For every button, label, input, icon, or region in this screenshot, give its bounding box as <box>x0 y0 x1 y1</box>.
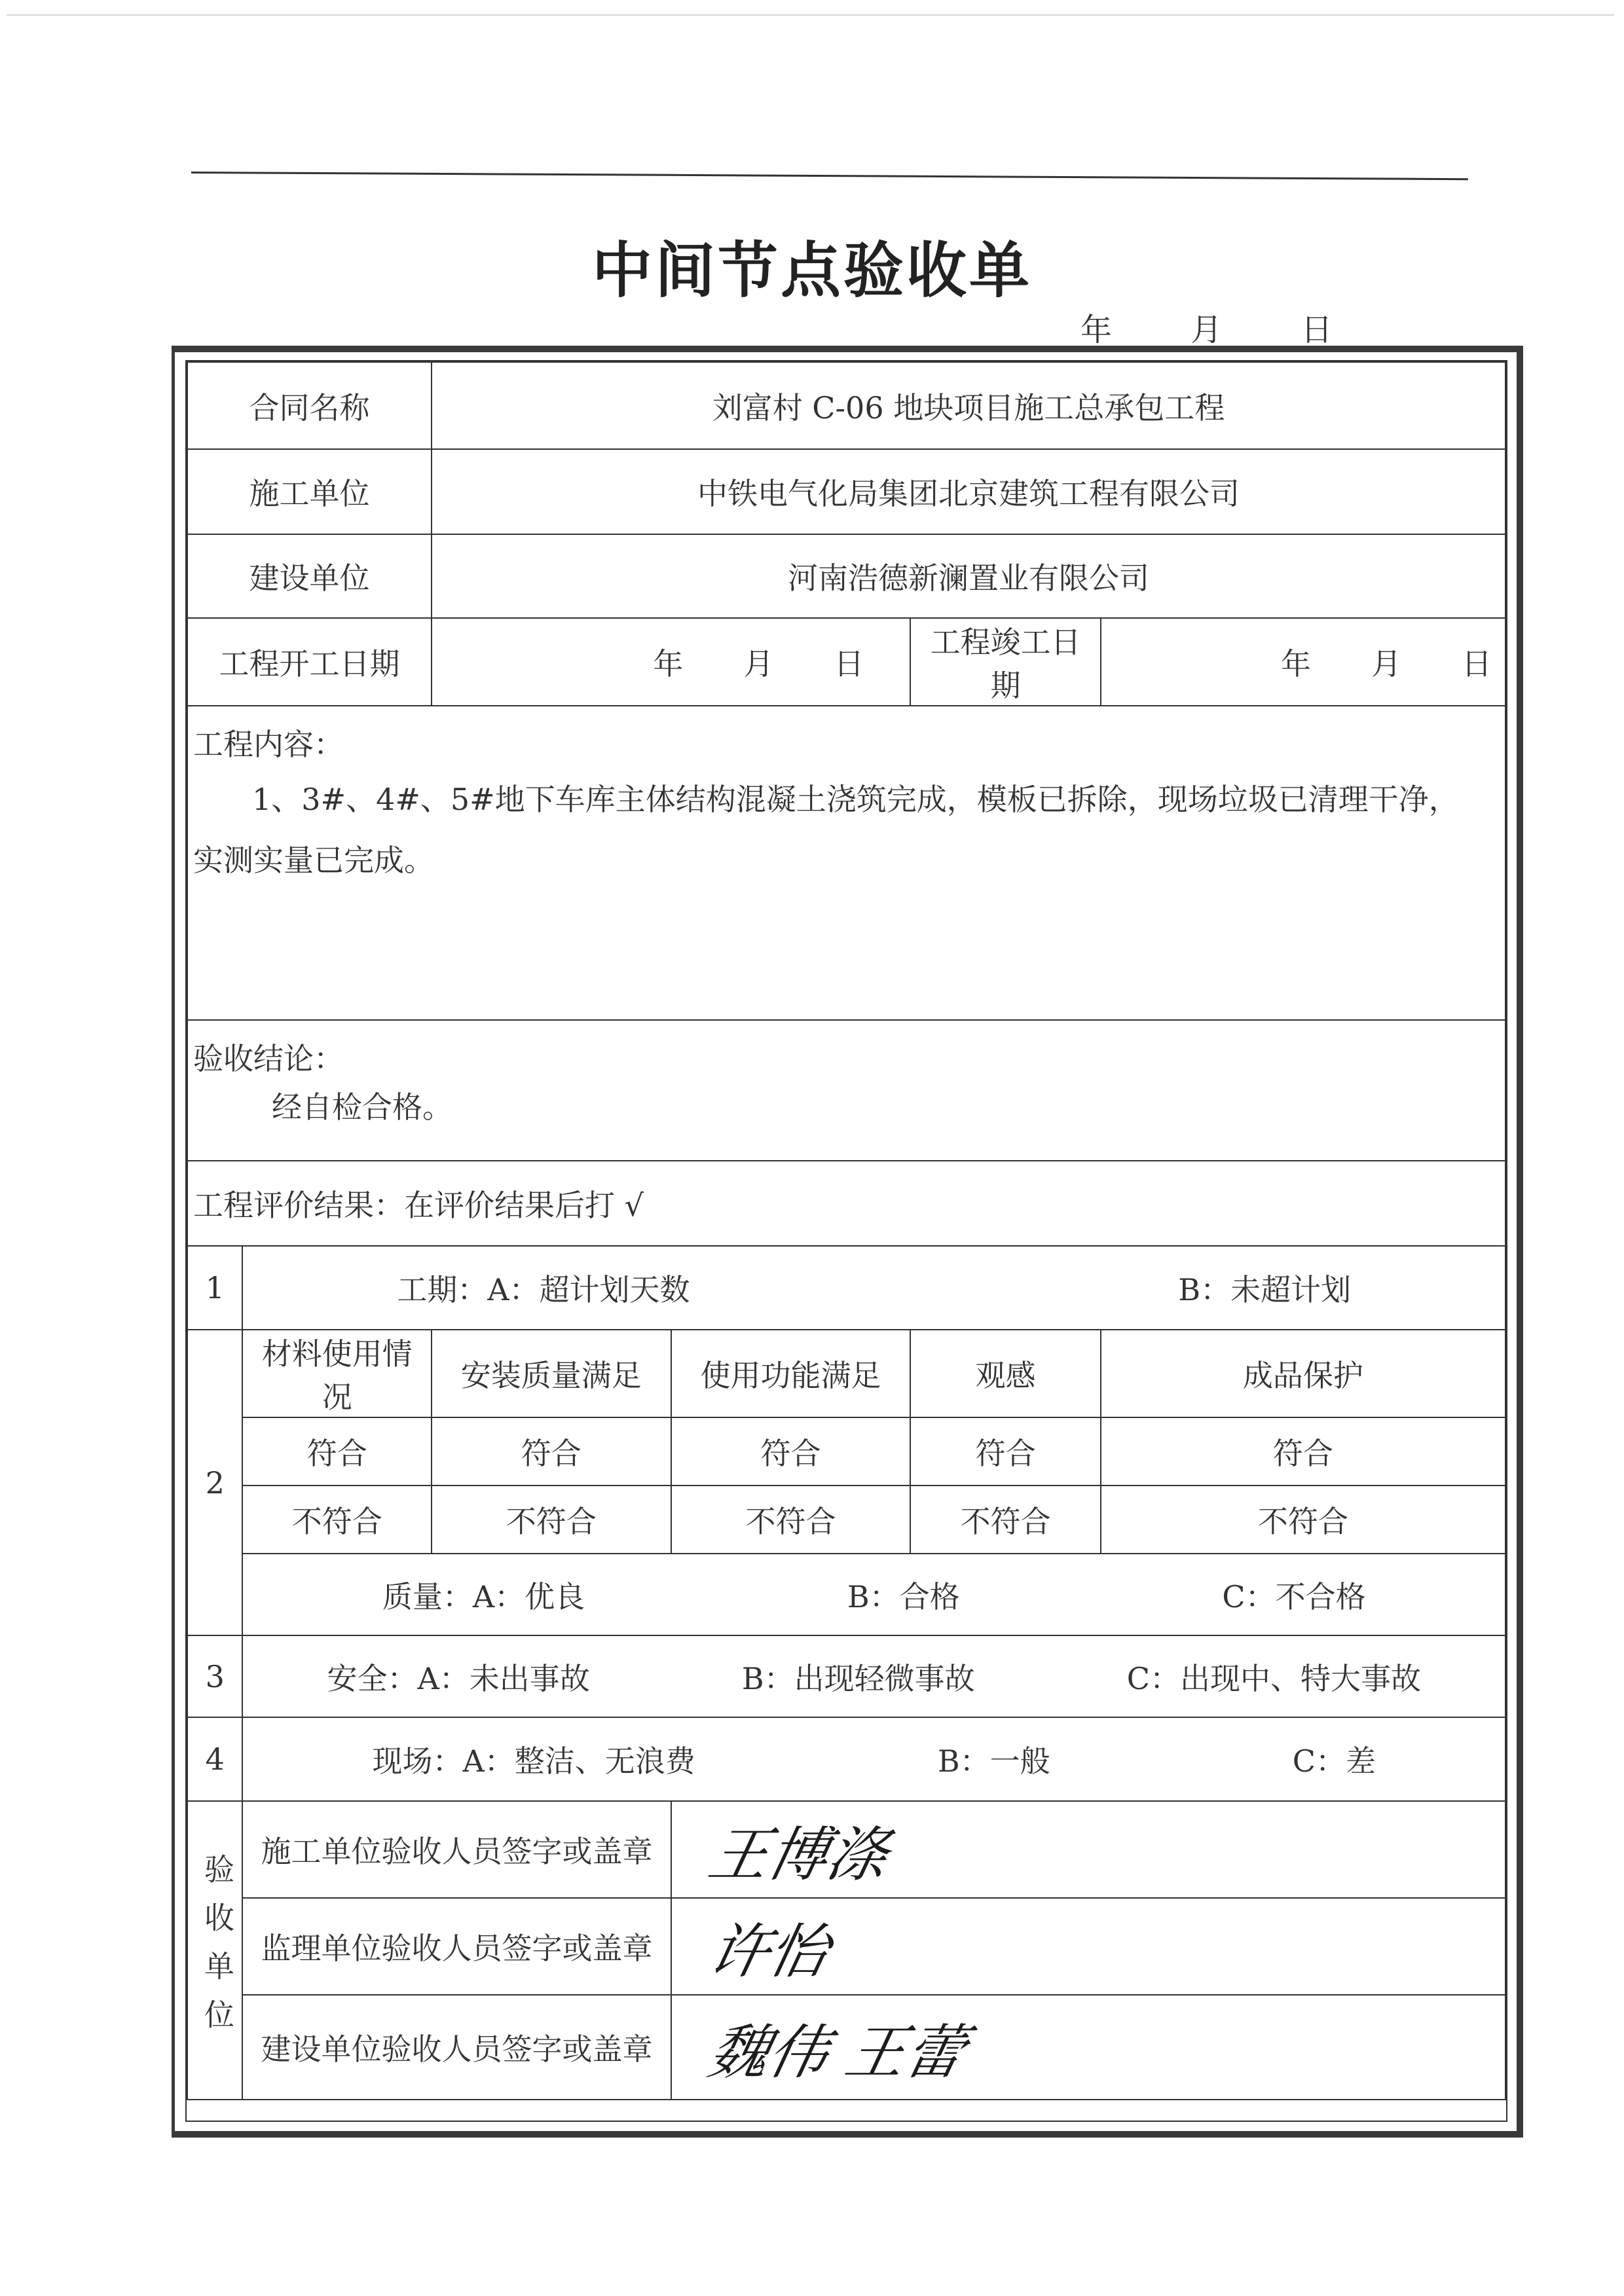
schedule-options: 工期：A：超计划天数 B：未超计划 <box>242 1246 1505 1330</box>
row-num-4: 4 <box>187 1717 242 1801</box>
start-date-value: 年 月 日 <box>432 618 910 706</box>
contract-row: 合同名称 刘富村 C-06 地块项目施工总承包工程 <box>187 362 1505 449</box>
info-table: 合同名称 刘富村 C-06 地块项目施工总承包工程 施工单位 中铁电气化局集团北… <box>187 361 1506 2100</box>
safety-row: 3 安全：A：未出事故 B：出现轻微事故 C：出现中、特大事故 <box>187 1635 1505 1717</box>
conform-row: 符合 符合 符合 符合 符合 <box>187 1417 1505 1485</box>
signature-row-supervisor: 监理单位验收人员签字或盖章 许怡 <box>187 1898 1505 1995</box>
contract-name-value: 刘富村 C-06 地块项目施工总承包工程 <box>432 362 1505 449</box>
start-date-label: 工程开工日期 <box>187 618 432 706</box>
conform-protection[interactable]: 符合 <box>1101 1417 1505 1485</box>
content-cell: 工程内容： 1、3#、4#、5#地下车库主体结构混凝土浇筑完成，模板已拆除，现场… <box>187 706 1505 1020</box>
row-num-3: 3 <box>187 1635 242 1717</box>
quality-header-appearance: 观感 <box>910 1330 1101 1417</box>
conclusion-text: 经自检合格。 <box>193 1084 1500 1132</box>
signature-contractor[interactable]: 王博涤 <box>661 1801 1516 1898</box>
quality-header-function: 使用功能满足 <box>671 1330 911 1417</box>
safety-option-c[interactable]: C：出现中、特大事故 <box>1127 1655 1421 1698</box>
site-option-c[interactable]: C：差 <box>1293 1738 1376 1781</box>
date-day-label: 日 <box>1301 304 1333 350</box>
owner-label: 建设单位 <box>187 534 432 618</box>
signature-owner[interactable]: 魏伟 王蕾 <box>660 1995 1517 2100</box>
nonconform-function[interactable]: 不符合 <box>671 1485 911 1554</box>
conclusion-label: 验收结论： <box>193 1035 1500 1084</box>
schedule-option-a[interactable]: 工期：A：超计划天数 <box>397 1266 690 1309</box>
end-date-value: 年 月 日 <box>1101 618 1505 706</box>
signature-label-owner: 建设单位验收人员签字或盖章 <box>242 1995 671 2100</box>
contractor-row: 施工单位 中铁电气化局集团北京建筑工程有限公司 <box>187 449 1505 534</box>
nonconform-row: 不符合 不符合 不符合 不符合 不符合 <box>187 1485 1505 1554</box>
nonconform-materials[interactable]: 不符合 <box>242 1485 431 1554</box>
date-year-label: 年 <box>1080 304 1112 350</box>
page-title: 中间节点验收单 <box>0 223 1624 309</box>
conform-function[interactable]: 符合 <box>671 1417 911 1485</box>
conform-appearance[interactable]: 符合 <box>910 1417 1101 1485</box>
owner-row: 建设单位 河南浩德新澜置业有限公司 <box>187 534 1505 618</box>
quality-option-c[interactable]: C：不合格 <box>1222 1573 1365 1616</box>
signature-label-supervisor: 监理单位验收人员签字或盖章 <box>242 1898 671 1995</box>
row-num-1: 1 <box>187 1246 242 1330</box>
content-line-2: 实测实量已完成。 <box>193 837 1500 885</box>
quality-header-materials: 材料使用情况 <box>242 1330 431 1417</box>
nonconform-protection[interactable]: 不符合 <box>1101 1485 1505 1554</box>
scan-edge <box>7 14 1614 16</box>
schedule-row: 1 工期：A：超计划天数 B：未超计划 <box>187 1246 1505 1330</box>
quality-grade-row: 质量：A：优良 B：合格 C：不合格 <box>187 1554 1505 1635</box>
owner-value: 河南浩德新澜置业有限公司 <box>432 534 1505 618</box>
contractor-value: 中铁电气化局集团北京建筑工程有限公司 <box>432 449 1505 534</box>
content-row: 工程内容： 1、3#、4#、5#地下车库主体结构混凝土浇筑完成，模板已拆除，现场… <box>187 706 1505 1020</box>
safety-option-a[interactable]: 安全：A：未出事故 <box>327 1655 590 1698</box>
site-row: 4 现场：A：整洁、无浪费 B：一般 C：差 <box>187 1717 1505 1801</box>
safety-option-b[interactable]: B：出现轻微事故 <box>742 1655 975 1698</box>
site-options: 现场：A：整洁、无浪费 B：一般 C：差 <box>242 1717 1505 1801</box>
content-line-1: 1、3#、4#、5#地下车库主体结构混凝土浇筑完成，模板已拆除，现场垃圾已清理干… <box>193 776 1500 824</box>
nonconform-install[interactable]: 不符合 <box>432 1485 671 1554</box>
header-rule <box>191 172 1468 180</box>
end-date-label: 工程竣工日期 <box>910 618 1101 706</box>
content-label: 工程内容： <box>193 721 1500 769</box>
contractor-label: 施工单位 <box>187 449 432 534</box>
quality-options: 质量：A：优良 B：合格 C：不合格 <box>242 1554 1505 1635</box>
contract-name-label: 合同名称 <box>187 362 432 449</box>
row-num-2: 2 <box>187 1330 242 1635</box>
quality-option-b[interactable]: B：合格 <box>847 1573 960 1616</box>
signature-group-label: 验收单位 <box>187 1801 242 2100</box>
date-month-label: 月 <box>1190 304 1222 350</box>
conclusion-row: 验收结论： 经自检合格。 <box>187 1020 1505 1161</box>
signature-row-contractor: 验收单位 施工单位验收人员签字或盖章 王博涤 <box>187 1801 1505 1898</box>
site-option-b[interactable]: B：一般 <box>938 1738 1050 1781</box>
conclusion-cell: 验收结论： 经自检合格。 <box>187 1020 1505 1161</box>
signature-row-owner: 建设单位验收人员签字或盖章 魏伟 王蕾 <box>187 1995 1505 2100</box>
safety-options: 安全：A：未出事故 B：出现轻微事故 C：出现中、特大事故 <box>242 1635 1505 1717</box>
dates-row: 工程开工日期 年 月 日 工程竣工日期 年 月 日 <box>187 618 1505 706</box>
nonconform-appearance[interactable]: 不符合 <box>910 1485 1101 1554</box>
conform-materials[interactable]: 符合 <box>242 1417 431 1485</box>
conform-install[interactable]: 符合 <box>432 1417 671 1485</box>
schedule-option-b[interactable]: B：未超计划 <box>1178 1266 1351 1309</box>
form-date: 年 月 日 <box>1080 304 1401 350</box>
signature-label-contractor: 施工单位验收人员签字或盖章 <box>242 1801 671 1898</box>
signature-supervisor[interactable]: 许怡 <box>661 1898 1516 1995</box>
quality-option-a[interactable]: 质量：A：优良 <box>382 1573 585 1616</box>
quality-header-protection: 成品保护 <box>1101 1330 1505 1417</box>
quality-header-install: 安装质量满足 <box>432 1330 671 1417</box>
evaluation-label: 工程评价结果：在评价结果后打 √ <box>187 1161 1505 1246</box>
site-option-a[interactable]: 现场：A：整洁、无浪费 <box>373 1738 695 1781</box>
quality-header-row: 2 材料使用情况 安装质量满足 使用功能满足 观感 成品保护 <box>187 1330 1505 1417</box>
form-inner: 合同名称 刘富村 C-06 地块项目施工总承包工程 施工单位 中铁电气化局集团北… <box>185 360 1507 2122</box>
evaluation-header-row: 工程评价结果：在评价结果后打 √ <box>187 1161 1505 1246</box>
form-frame: 合同名称 刘富村 C-06 地块项目施工总承包工程 施工单位 中铁电气化局集团北… <box>172 346 1523 2138</box>
